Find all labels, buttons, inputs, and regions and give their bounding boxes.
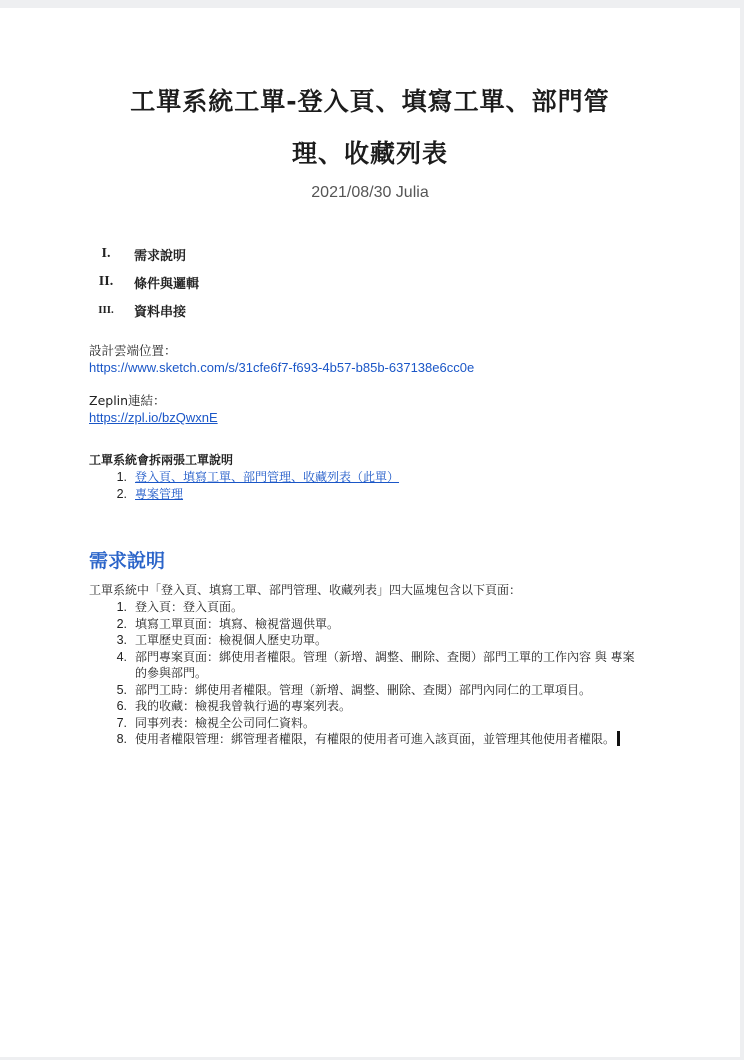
list-number: 4. bbox=[89, 649, 135, 682]
document-subtitle: 2021/08/30 Julia bbox=[80, 184, 660, 202]
design-cloud-block: 設計雲端位置： https://www.sketch.com/s/31cfe6f… bbox=[89, 342, 474, 376]
list-item: 1. 登入頁、填寫工單、部門管理、收藏列表（此單） bbox=[89, 469, 399, 486]
toc-number: I. bbox=[88, 246, 124, 262]
document-title-line-2: 理、收藏列表 bbox=[80, 134, 660, 170]
list-number: 2. bbox=[89, 486, 135, 503]
requirements-list: 1. 登入頁：登入頁面。 2. 填寫工單頁面：填寫、檢視當週供單。 3. 工單歷… bbox=[89, 599, 645, 748]
split-note-heading: 工單系統會拆兩張工單說明 bbox=[89, 452, 399, 469]
ticket-link-project-management[interactable]: 專案管理 bbox=[135, 486, 399, 503]
text-cursor bbox=[617, 731, 620, 746]
list-item: 2. 專案管理 bbox=[89, 486, 399, 503]
list-text: 填寫工單頁面：填寫、檢視當週供單。 bbox=[135, 616, 645, 633]
list-text: 同事列表：檢視全公司同仁資料。 bbox=[135, 715, 645, 732]
list-item: 2. 填寫工單頁面：填寫、檢視當週供單。 bbox=[89, 616, 645, 633]
list-text: 工單歷史頁面：檢視個人歷史功單。 bbox=[135, 632, 645, 649]
zeplin-label: Zeplin連結： bbox=[89, 392, 218, 409]
list-number: 5. bbox=[89, 682, 135, 699]
list-number: 7. bbox=[89, 715, 135, 732]
split-note-list: 1. 登入頁、填寫工單、部門管理、收藏列表（此單） 2. 專案管理 bbox=[89, 469, 399, 502]
zeplin-link[interactable]: https://zpl.io/bzQwxnE bbox=[89, 410, 218, 425]
list-item: 4. 部門專案頁面：綁使用者權限。管理（新增、調整、刪除、查閱）部門工單的工作內… bbox=[89, 649, 645, 682]
list-item: 7. 同事列表：檢視全公司同仁資料。 bbox=[89, 715, 645, 732]
list-number: 3. bbox=[89, 632, 135, 649]
list-number: 1. bbox=[89, 469, 135, 486]
list-number: 6. bbox=[89, 698, 135, 715]
list-text: 部門工時：綁使用者權限。管理（新增、調整、刪除、查閱）部門內同仁的工單項目。 bbox=[135, 682, 645, 699]
split-note-block: 工單系統會拆兩張工單說明 1. 登入頁、填寫工單、部門管理、收藏列表（此單） 2… bbox=[89, 452, 399, 502]
toc-item: III. 資料串接 bbox=[88, 296, 199, 324]
toc-label: 需求說明 bbox=[134, 245, 186, 264]
list-number: 1. bbox=[89, 599, 135, 616]
list-item: 5. 部門工時：綁使用者權限。管理（新增、調整、刪除、查閱）部門內同仁的工單項目… bbox=[89, 682, 645, 699]
table-of-contents: I. 需求說明 II. 條件與邏輯 III. 資料串接 bbox=[88, 240, 199, 324]
list-text: 使用者權限管理：綁管理者權限，有權限的使用者可進入該頁面，並管理其他使用者權限。 bbox=[135, 732, 615, 746]
requirements-intro: 工單系統中「登入頁、填寫工單、部門管理、收藏列表」四大區塊包含以下頁面： bbox=[89, 582, 649, 599]
list-text: 登入頁：登入頁面。 bbox=[135, 599, 645, 616]
design-cloud-label: 設計雲端位置： bbox=[89, 342, 474, 359]
zeplin-block: Zeplin連結： https://zpl.io/bzQwxnE bbox=[89, 392, 218, 426]
sketch-link[interactable]: https://www.sketch.com/s/31cfe6f7-f693-4… bbox=[89, 360, 474, 375]
list-item: 1. 登入頁：登入頁面。 bbox=[89, 599, 645, 616]
toc-label: 條件與邏輯 bbox=[134, 273, 199, 292]
list-number: 8. bbox=[89, 731, 135, 748]
toc-item: II. 條件與邏輯 bbox=[88, 268, 199, 296]
document-page: 工單系統工單-登入頁、填寫工單、部門管 理、收藏列表 2021/08/30 Ju… bbox=[0, 8, 740, 1057]
list-text: 部門專案頁面：綁使用者權限。管理（新增、調整、刪除、查閱）部門工單的工作內容 與… bbox=[135, 649, 645, 682]
toc-number: II. bbox=[88, 274, 124, 290]
ticket-link-login-etc[interactable]: 登入頁、填寫工單、部門管理、收藏列表（此單） bbox=[135, 469, 399, 486]
document-title-line-1: 工單系統工單-登入頁、填寫工單、部門管 bbox=[80, 82, 660, 118]
toc-item: I. 需求說明 bbox=[88, 240, 199, 268]
list-text-with-cursor[interactable]: 使用者權限管理：綁管理者權限，有權限的使用者可進入該頁面，並管理其他使用者權限。 bbox=[135, 731, 645, 748]
toc-number: III. bbox=[88, 304, 124, 316]
list-item: 3. 工單歷史頁面：檢視個人歷史功單。 bbox=[89, 632, 645, 649]
section-heading-requirements: 需求說明 bbox=[89, 546, 165, 573]
requirements-block: 工單系統中「登入頁、填寫工單、部門管理、收藏列表」四大區塊包含以下頁面： 1. … bbox=[89, 582, 649, 748]
list-item: 8. 使用者權限管理：綁管理者權限，有權限的使用者可進入該頁面，並管理其他使用者… bbox=[89, 731, 645, 748]
list-text: 我的收藏：檢視我曾執行過的專案列表。 bbox=[135, 698, 645, 715]
list-number: 2. bbox=[89, 616, 135, 633]
list-item: 6. 我的收藏：檢視我曾執行過的專案列表。 bbox=[89, 698, 645, 715]
toc-label: 資料串接 bbox=[134, 301, 186, 320]
